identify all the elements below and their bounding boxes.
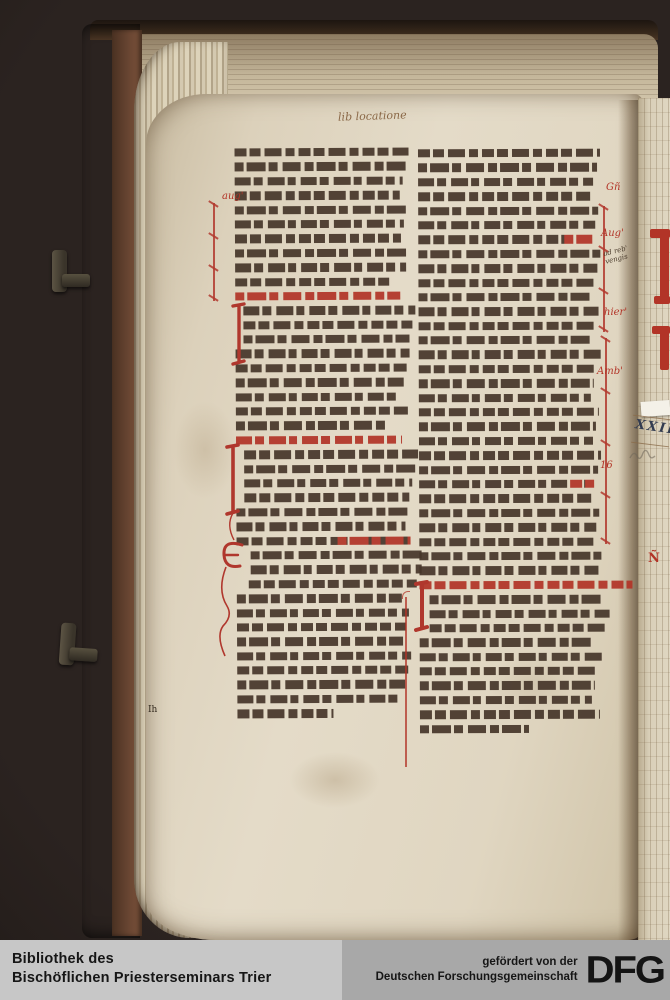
script-line <box>235 263 406 272</box>
script-line <box>236 407 408 416</box>
script-line <box>237 637 403 646</box>
script-line <box>236 392 401 401</box>
script-line <box>419 451 601 460</box>
clasp-hook <box>69 647 98 662</box>
foredge-red-letter: Ñ <box>648 551 660 566</box>
script-line <box>235 248 409 257</box>
library-footer-banner: Bibliothek des Bischöflichen Priestersem… <box>0 940 670 1000</box>
script-line <box>419 552 601 561</box>
script-line <box>237 694 402 703</box>
script-line <box>418 264 597 273</box>
script-line <box>236 363 407 372</box>
script-line <box>237 709 333 718</box>
script-line <box>420 652 602 661</box>
script-line <box>420 710 600 719</box>
library-name-line2: Bischöflichen Priesterseminars Trier <box>12 969 342 988</box>
page-gutter-shadow <box>618 100 640 940</box>
script-line <box>418 177 593 186</box>
script-line <box>235 220 404 229</box>
pencil-scribble <box>628 446 658 464</box>
dfg-logo: DFG <box>586 951 666 989</box>
script-line <box>235 191 400 200</box>
script-line <box>420 725 529 734</box>
script-line <box>419 365 598 374</box>
foredge-red-initial-stem-top <box>660 236 669 298</box>
script-line <box>237 651 411 660</box>
script-line <box>418 163 597 172</box>
script-line <box>419 422 596 431</box>
margin-note-gn: Gñ <box>606 183 620 193</box>
script-line <box>418 235 592 244</box>
red-gutter-flourish <box>405 597 407 767</box>
script-line <box>420 696 592 705</box>
red-initial-i-right <box>414 580 430 632</box>
script-line <box>419 494 591 503</box>
quire-mark: Ih <box>148 705 157 715</box>
red-initial-e <box>216 538 248 662</box>
funding-text: gefördert von der Deutschen Forschungsge… <box>376 955 578 985</box>
book-clasp-lower <box>56 620 107 671</box>
script-line <box>419 480 594 489</box>
script-line <box>236 421 386 430</box>
library-name-line1: Bibliothek des <box>12 950 342 969</box>
script-line <box>244 493 409 502</box>
script-line <box>244 479 412 488</box>
script-line <box>420 667 599 676</box>
script-line <box>419 566 598 575</box>
script-line <box>237 680 405 689</box>
script-line <box>419 379 594 388</box>
script-line <box>244 450 418 459</box>
script-line <box>419 307 599 316</box>
script-line <box>419 350 601 359</box>
photo-background: lib locatione <box>0 0 670 940</box>
red-initial-i-1 <box>231 302 247 366</box>
script-line <box>419 321 596 330</box>
script-line <box>418 293 590 302</box>
foredge-red-initial-stem-lower <box>660 332 669 370</box>
script-line <box>243 320 412 329</box>
margin-note-aug-left: aug' <box>222 192 244 202</box>
white-paper-slip <box>641 400 670 417</box>
red-bracket-left <box>208 203 220 301</box>
script-line <box>237 536 411 545</box>
script-line <box>420 638 594 647</box>
script-line <box>237 608 409 617</box>
script-line <box>418 149 600 158</box>
script-line <box>418 221 595 230</box>
script-line <box>420 681 595 690</box>
digitized-manuscript-scan: lib locatione <box>0 0 670 1000</box>
script-line <box>235 277 392 286</box>
script-line <box>418 249 600 258</box>
script-line <box>419 437 593 446</box>
script-line <box>419 580 632 589</box>
script-line <box>236 522 405 531</box>
script-line <box>419 523 596 532</box>
text-column-right <box>418 149 602 740</box>
script-line <box>419 508 599 517</box>
red-initial-i-2 <box>224 443 242 543</box>
clasp-hook <box>62 274 90 287</box>
funding-line2: Deutschen Forschungsgemeinschaft <box>376 970 578 985</box>
script-line <box>418 192 590 201</box>
script-line <box>236 349 410 358</box>
script-line <box>430 609 610 618</box>
margin-note-amb: Amb' <box>597 367 623 377</box>
script-line <box>237 594 402 603</box>
script-line <box>419 393 591 402</box>
script-line <box>251 565 422 574</box>
script-line <box>419 465 598 474</box>
script-line <box>235 176 403 185</box>
script-line <box>236 435 402 444</box>
script-line <box>251 550 425 559</box>
book-clasp-upper <box>50 248 98 296</box>
script-line <box>430 624 607 633</box>
script-line <box>234 148 408 157</box>
script-line <box>419 336 593 345</box>
script-line <box>430 595 602 604</box>
script-line <box>236 378 404 387</box>
margin-note-aug-right: Aug' <box>601 229 624 239</box>
margin-note-hier: hier' <box>604 308 627 318</box>
library-name-block: Bibliothek des Bischöflichen Priestersem… <box>0 940 342 1000</box>
script-line <box>418 278 593 287</box>
script-line <box>419 408 599 417</box>
script-line <box>235 234 401 243</box>
script-line <box>235 162 406 171</box>
script-line <box>244 464 415 473</box>
script-line <box>236 507 408 516</box>
funding-line1: gefördert von der <box>376 955 578 970</box>
funding-block: gefördert von der Deutschen Forschungsge… <box>342 940 670 1000</box>
script-line <box>235 292 400 301</box>
script-line <box>419 537 593 546</box>
script-line <box>243 335 409 344</box>
fore-edge-next-pages <box>638 98 670 940</box>
script-line <box>249 579 417 588</box>
script-line <box>243 306 415 315</box>
text-column-left <box>234 148 411 725</box>
foredge-red-initial-foot-top <box>654 296 670 304</box>
script-line <box>235 205 407 214</box>
margin-note-16: 16 <box>600 461 613 471</box>
script-line <box>237 666 408 675</box>
script-line <box>418 206 598 215</box>
script-line <box>237 622 406 631</box>
